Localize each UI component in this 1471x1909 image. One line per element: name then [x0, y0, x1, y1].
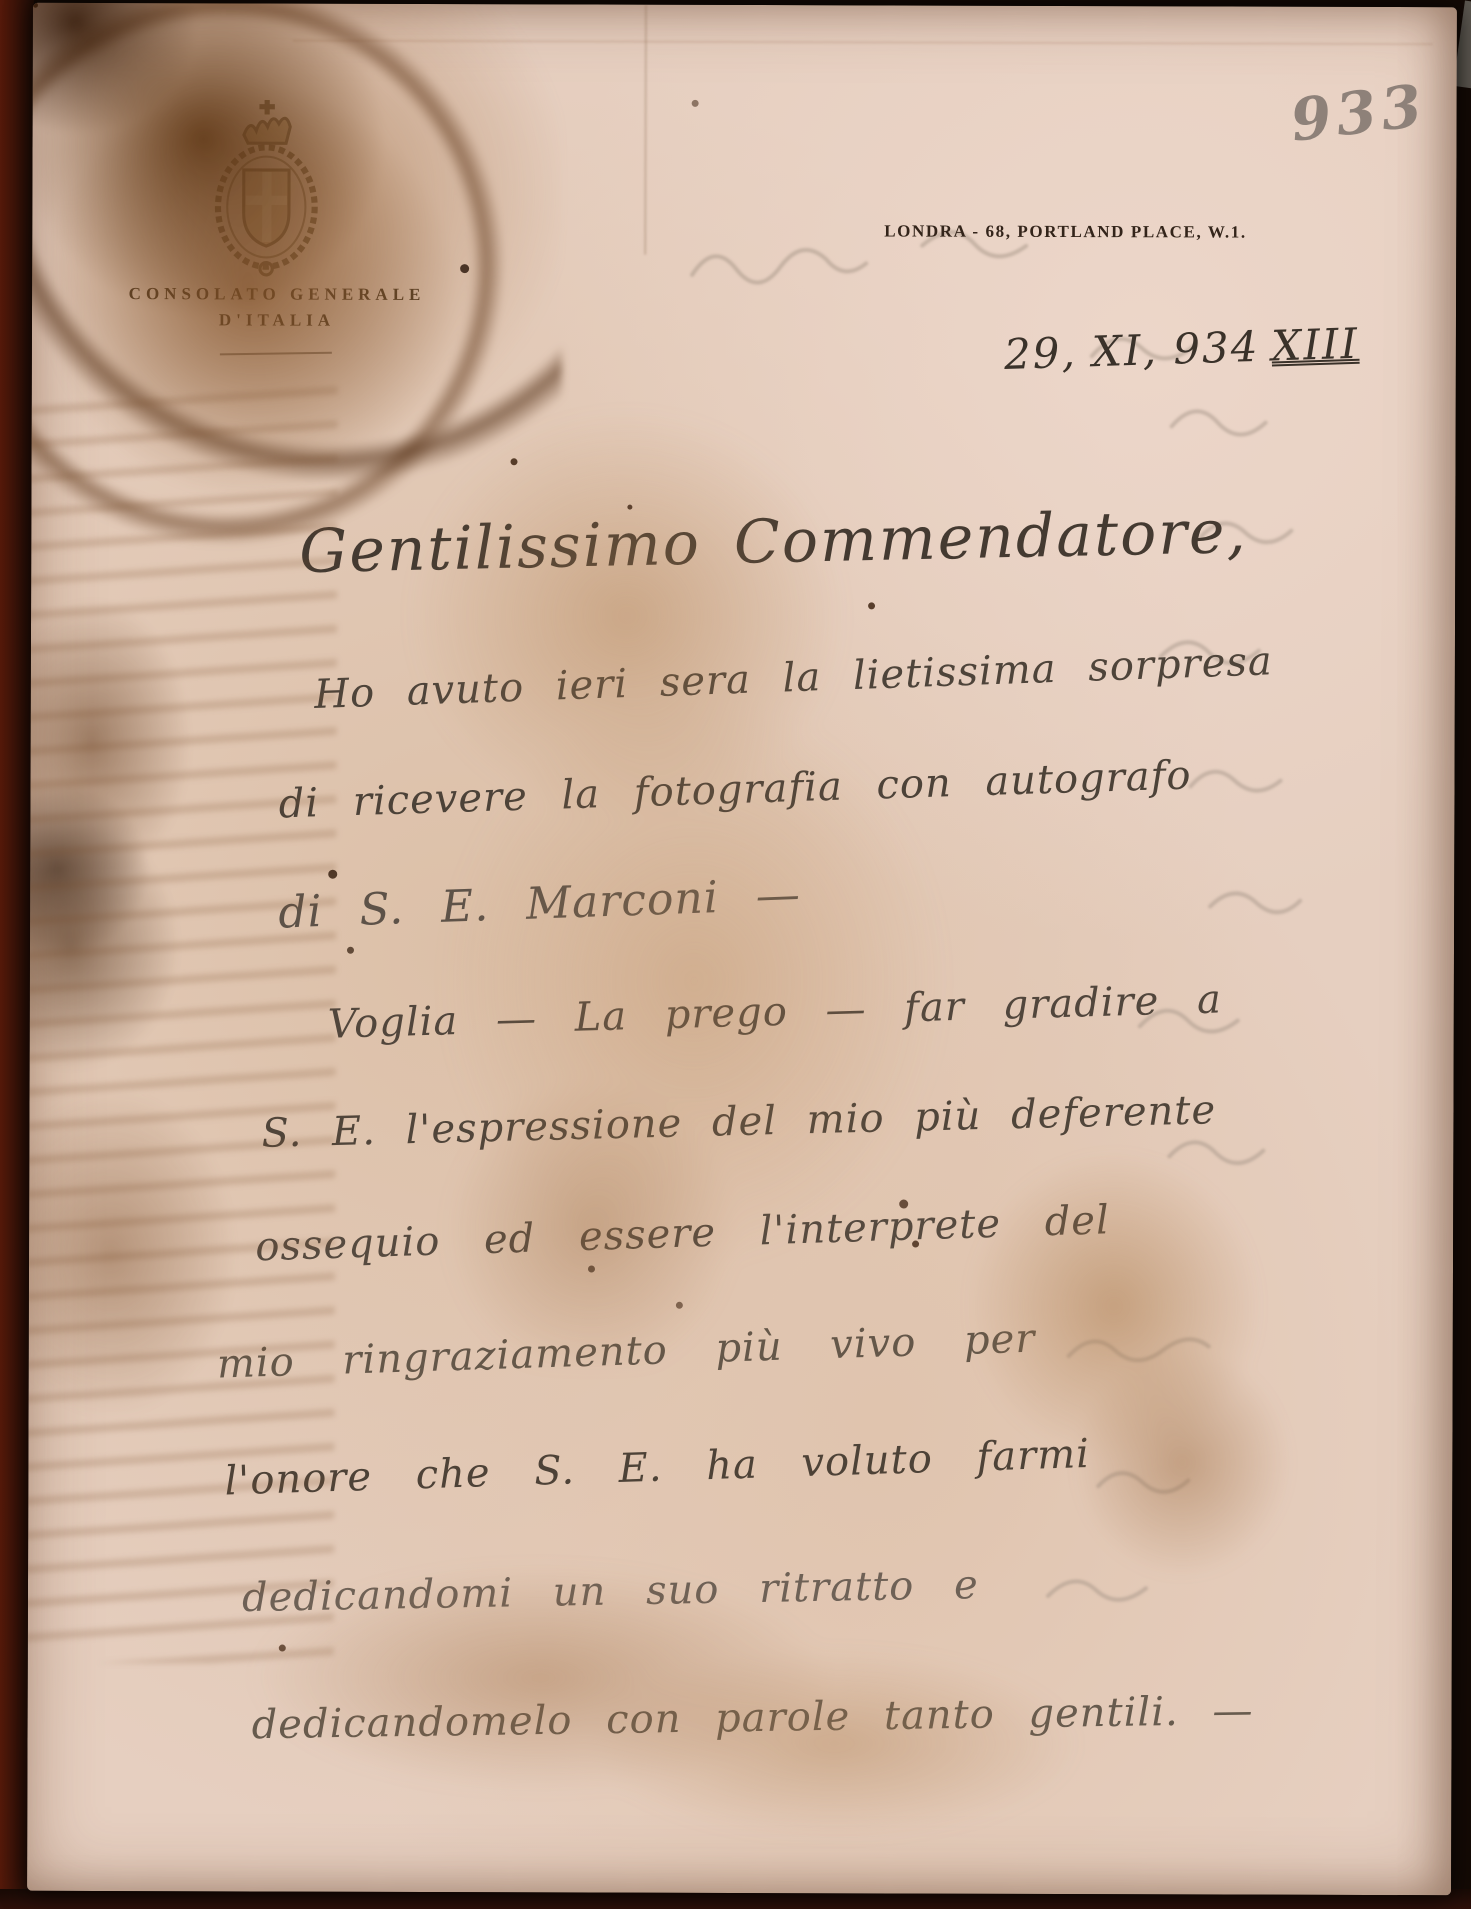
- ink-specks: [33, 3, 38, 8]
- scanned-letter: LONDRA - 68, PORTLAND PLACE, W.1. CONSOL…: [0, 0, 1471, 1909]
- handwritten-line: l'onore che S. E. ha voluto farmi: [224, 1431, 1091, 1504]
- archive-number: 933: [1287, 71, 1430, 155]
- handwritten-line: ossequio ed essere l'interprete del: [255, 1197, 1111, 1270]
- fold-crease-vertical: [644, 5, 647, 255]
- date-value: 29, XI, 934: [1003, 322, 1260, 379]
- consulate-line2: D'ITALIA: [102, 307, 452, 334]
- handwritten-line: dedicandomi un suo ritratto e: [242, 1562, 979, 1621]
- handwritten-line: mio ringraziamento più vivo per: [216, 1316, 1036, 1388]
- letterhead-rule: [220, 352, 332, 356]
- letterhead-consulate: CONSOLATO GENERALE D'ITALIA: [102, 281, 452, 335]
- consulate-line1: CONSOLATO GENERALE: [102, 281, 452, 308]
- fascist-era-numeral: XIII: [1271, 319, 1360, 371]
- savoy-crest-icon: [194, 95, 339, 281]
- letter-page: LONDRA - 68, PORTLAND PLACE, W.1. CONSOL…: [27, 3, 1457, 1895]
- letterhead-address: LONDRA - 68, PORTLAND PLACE, W.1.: [884, 221, 1247, 242]
- handwritten-line: dedicandomelo con parole tanto gentili. …: [251, 1688, 1253, 1748]
- handwritten-line: di S. E. Marconi —: [277, 869, 801, 938]
- fold-crease-horizontal: [293, 40, 1433, 46]
